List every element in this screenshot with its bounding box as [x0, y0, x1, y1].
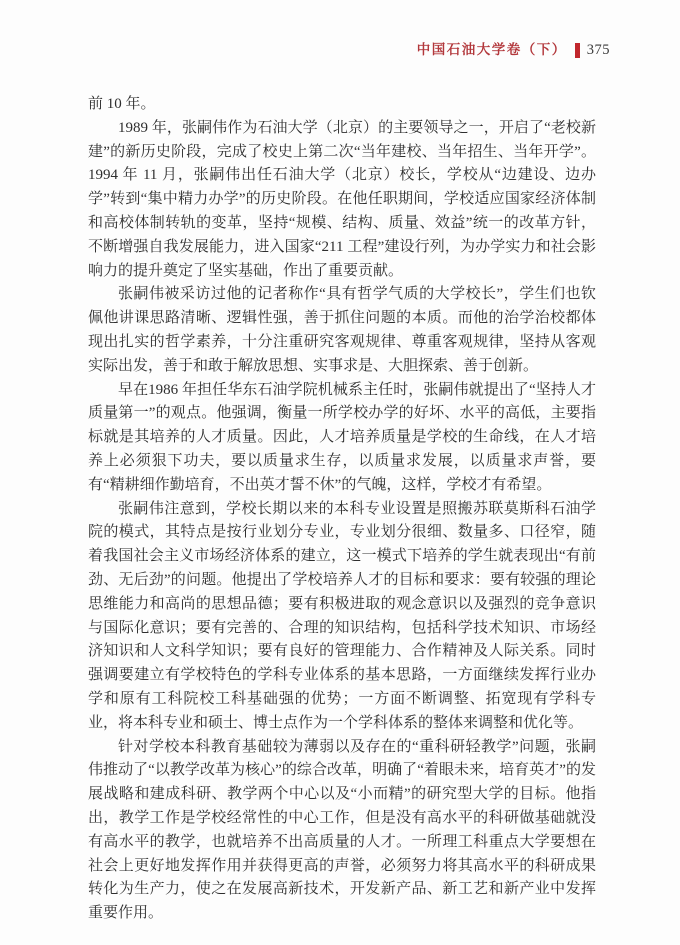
paragraph-teaching-reform: 针对学校本科教育基础较为薄弱以及存在的“重科研轻教学”问题，张嗣伟推动了“以教学…	[88, 736, 596, 926]
header-separator-bar-icon	[575, 43, 580, 58]
header-volume-title: 中国石油大学卷（下）	[417, 42, 567, 58]
paragraph-discipline-system-reform: 张嗣伟注意到，学校长期以来的本科专业设置是照搬苏联莫斯科石油学院的模式，其特点是…	[88, 498, 596, 736]
paragraph-philosophy-president: 张嗣伟被采访过他的记者称作“具有哲学气质的大学校长”，学生们也钦佩他讲课思路清晰…	[88, 283, 596, 378]
body-text-block: 前 10 年。 1989 年，张嗣伟作为石油大学（北京）的主要领导之一，开启了“…	[88, 93, 596, 926]
paragraph-1989-new-campus: 1989 年，张嗣伟作为石油大学（北京）的主要领导之一，开启了“老校新建”的新历…	[88, 117, 596, 284]
book-page: 中国石油大学卷（下） 375 前 10 年。 1989 年，张嗣伟作为石油大学（…	[0, 0, 680, 945]
paragraph-talent-quality-first: 早在1986 年担任华东石油学院机械系主任时，张嗣伟就提出了“坚持人才质量第一”…	[88, 379, 596, 498]
running-header: 中国石油大学卷（下） 375	[417, 42, 610, 58]
page-number: 375	[587, 42, 610, 58]
paragraph-continuation: 前 10 年。	[88, 93, 596, 117]
